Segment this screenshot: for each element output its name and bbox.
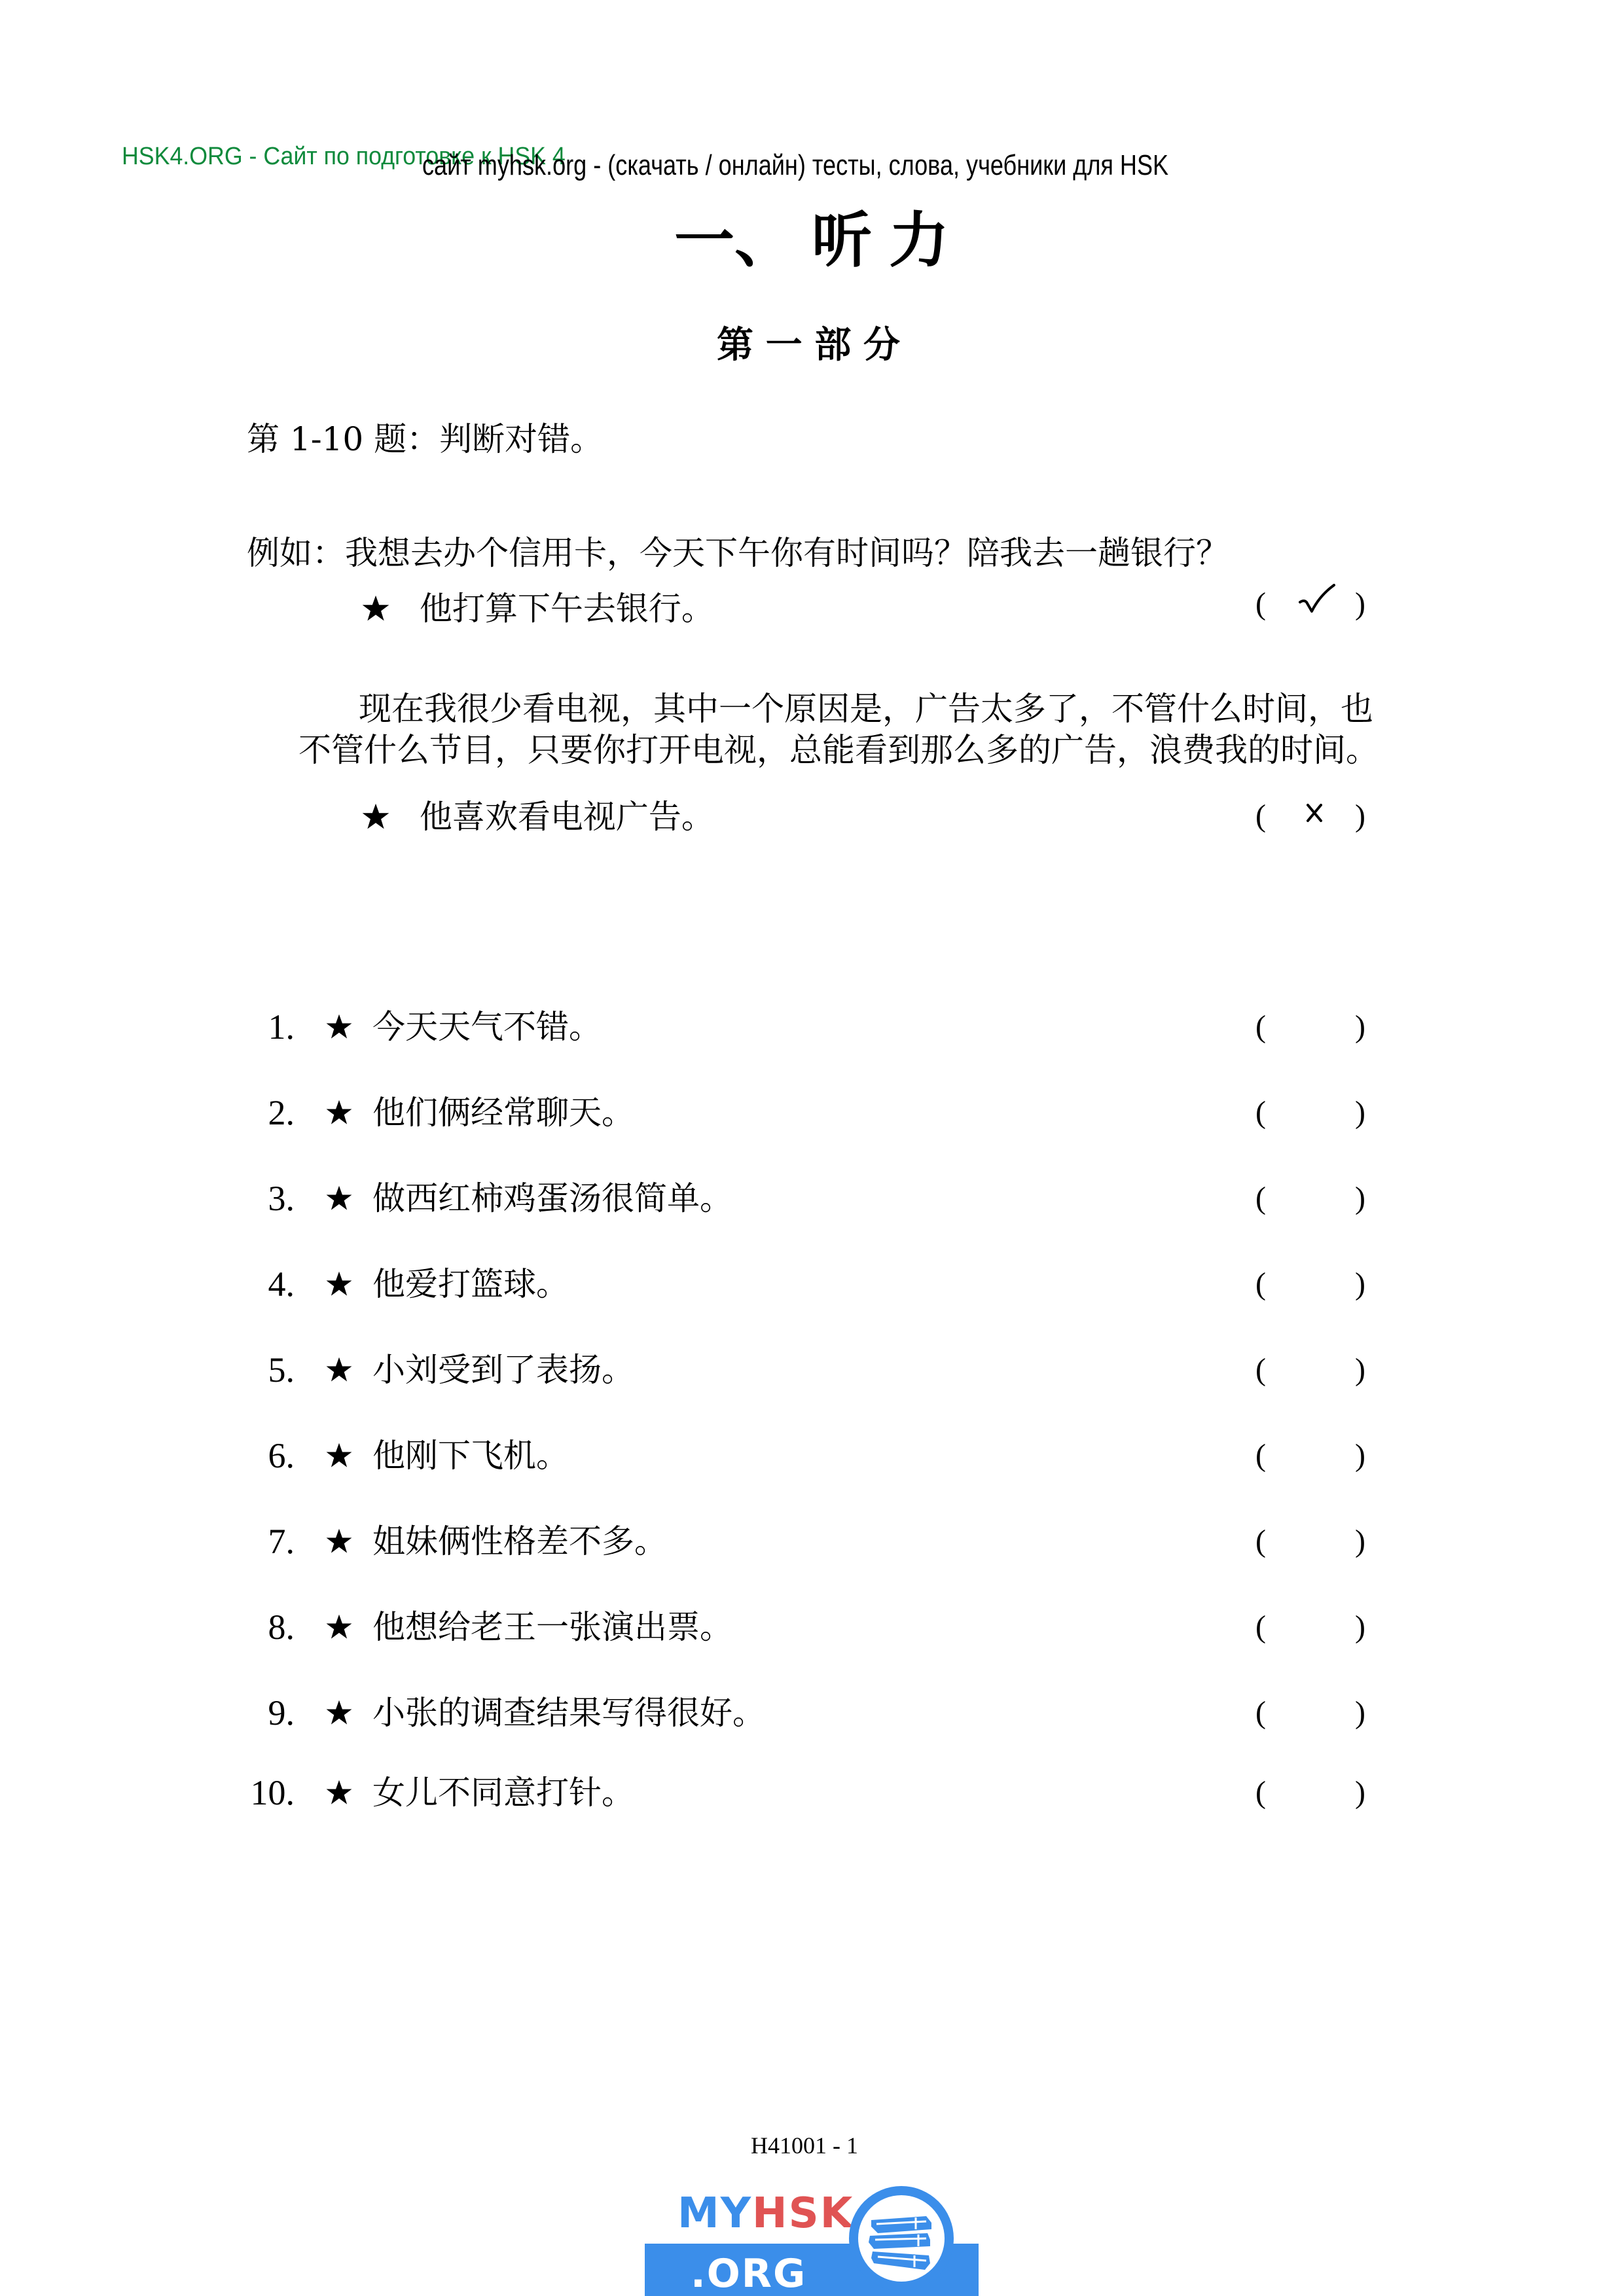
answer-bracket-right: ) xyxy=(1355,800,1365,833)
star-icon xyxy=(325,1439,355,1472)
answer-bracket-left[interactable]: ( xyxy=(1255,1525,1266,1558)
example-2-statement-row: 他喜欢看电视广告。 xyxy=(361,800,714,833)
question-number: 2. xyxy=(242,1096,295,1129)
answer-bracket-left: ( xyxy=(1255,800,1266,833)
question-statement: 小张的调查结果写得很好。 xyxy=(372,1696,765,1729)
logo-my-text: MY xyxy=(677,2189,752,2238)
answer-bracket-left: ( xyxy=(1255,588,1266,620)
question-statement: 做西红柿鸡蛋汤很简单。 xyxy=(372,1182,732,1215)
part-subtitle: 第 一 部 分 xyxy=(717,324,900,366)
star-icon xyxy=(325,1776,355,1809)
example-1-passage: 例如：我想去办个信用卡，今天下午你有时间吗？陪我去一趟银行？ xyxy=(247,537,1229,569)
question-statement: 他们俩经常聊天。 xyxy=(372,1096,634,1129)
question-statement: 他刚下飞机。 xyxy=(372,1439,569,1472)
example-2-passage-line-1: 现在我很少看电视，其中一个原因是，广告太多了，不管什么时间，也 xyxy=(359,692,1373,725)
answer-bracket-left[interactable]: ( xyxy=(1255,1696,1266,1729)
answer-bracket-left[interactable]: ( xyxy=(1255,1439,1266,1472)
answer-bracket-right[interactable]: ) xyxy=(1355,1696,1365,1729)
section-title-char: 力 xyxy=(889,204,949,276)
question-number: 1. xyxy=(242,1011,295,1043)
answer-bracket-left[interactable]: ( xyxy=(1255,1776,1266,1809)
watermark-myhsk-text: сайт myhsk.org - (скачать / онлайн) тест… xyxy=(422,149,1168,182)
example-label: 例如： xyxy=(247,534,345,572)
example-2-passage-line-2: 不管什么节目，只要你打开电视，总能看到那么多的广告，浪费我的时间。 xyxy=(298,734,1379,766)
star-icon xyxy=(325,1182,355,1215)
page-code: H41001 - 1 xyxy=(751,2132,858,2159)
example-1-statement: 他打算下午去银行。 xyxy=(420,590,714,628)
answer-bracket-left[interactable]: ( xyxy=(1255,1096,1266,1129)
star-icon xyxy=(361,592,392,624)
part-subtitle-char: 一 xyxy=(766,324,803,366)
answer-bracket-right[interactable]: ) xyxy=(1355,1011,1365,1043)
star-icon xyxy=(325,1011,355,1043)
instructions-intro: 第 1-10 题：判断对错。 xyxy=(247,423,603,456)
star-icon xyxy=(361,800,392,832)
myhsk-logo[interactable]: MYHSK .ORG xyxy=(645,2186,979,2296)
question-number: 9. xyxy=(242,1696,295,1729)
section-title: 一、 听 力 xyxy=(674,204,949,276)
part-subtitle-char: 分 xyxy=(863,324,900,366)
answer-bracket-right[interactable]: ) xyxy=(1355,1611,1365,1643)
answer-bracket-right[interactable]: ) xyxy=(1355,1268,1365,1300)
question-number: 6. xyxy=(242,1439,295,1472)
answer-bracket-right: ) xyxy=(1355,588,1365,620)
logo-hsk-text: HSK xyxy=(752,2189,854,2238)
star-icon xyxy=(325,1268,355,1300)
question-statement: 小刘受到了表扬。 xyxy=(372,1354,634,1386)
section-title-char: 听 xyxy=(812,204,872,276)
answer-bracket-left[interactable]: ( xyxy=(1255,1011,1266,1043)
cross-icon xyxy=(1296,796,1338,829)
star-icon xyxy=(325,1611,355,1643)
example-1-passage-text: 我想去办个信用卡，今天下午你有时间吗？陪我去一趟银行？ xyxy=(345,534,1229,572)
part-subtitle-char: 第 xyxy=(717,324,753,366)
logo-wordmark: MYHSK xyxy=(677,2193,854,2234)
answer-bracket-left[interactable]: ( xyxy=(1255,1268,1266,1300)
question-statement: 女儿不同意打针。 xyxy=(372,1776,634,1809)
question-statement: 姐妹俩性格差不多。 xyxy=(372,1525,667,1558)
question-number: 7. xyxy=(242,1525,295,1558)
question-number: 8. xyxy=(242,1611,295,1643)
answer-bracket-right[interactable]: ) xyxy=(1355,1439,1365,1472)
books-icon xyxy=(849,2186,954,2291)
question-statement: 他想给老王一张演出票。 xyxy=(372,1611,732,1643)
question-number: 5. xyxy=(242,1354,295,1386)
star-icon xyxy=(325,1096,355,1129)
example-2-statement: 他喜欢看电视广告。 xyxy=(420,798,714,836)
question-number: 3. xyxy=(242,1182,295,1215)
question-statement: 他爱打篮球。 xyxy=(372,1268,569,1300)
answer-bracket-right[interactable]: ) xyxy=(1355,1354,1365,1386)
logo-org-text: .ORG xyxy=(691,2254,806,2293)
star-icon xyxy=(325,1354,355,1386)
answer-bracket-right[interactable]: ) xyxy=(1355,1525,1365,1558)
answer-bracket-right[interactable]: ) xyxy=(1355,1182,1365,1215)
answer-bracket-right[interactable]: ) xyxy=(1355,1096,1365,1129)
question-statement: 今天天气不错。 xyxy=(372,1011,602,1043)
question-number: 10. xyxy=(242,1776,295,1809)
answer-bracket-left[interactable]: ( xyxy=(1255,1611,1266,1643)
star-icon xyxy=(325,1696,355,1729)
check-icon xyxy=(1296,583,1338,615)
answer-bracket-right[interactable]: ) xyxy=(1355,1776,1365,1809)
part-subtitle-char: 部 xyxy=(814,324,851,366)
answer-bracket-left[interactable]: ( xyxy=(1255,1182,1266,1215)
answer-bracket-left[interactable]: ( xyxy=(1255,1354,1266,1386)
star-icon xyxy=(325,1525,355,1558)
example-1-statement-row: 他打算下午去银行。 xyxy=(361,592,714,625)
section-title-char: 一、 xyxy=(674,204,795,276)
question-number: 4. xyxy=(242,1268,295,1300)
